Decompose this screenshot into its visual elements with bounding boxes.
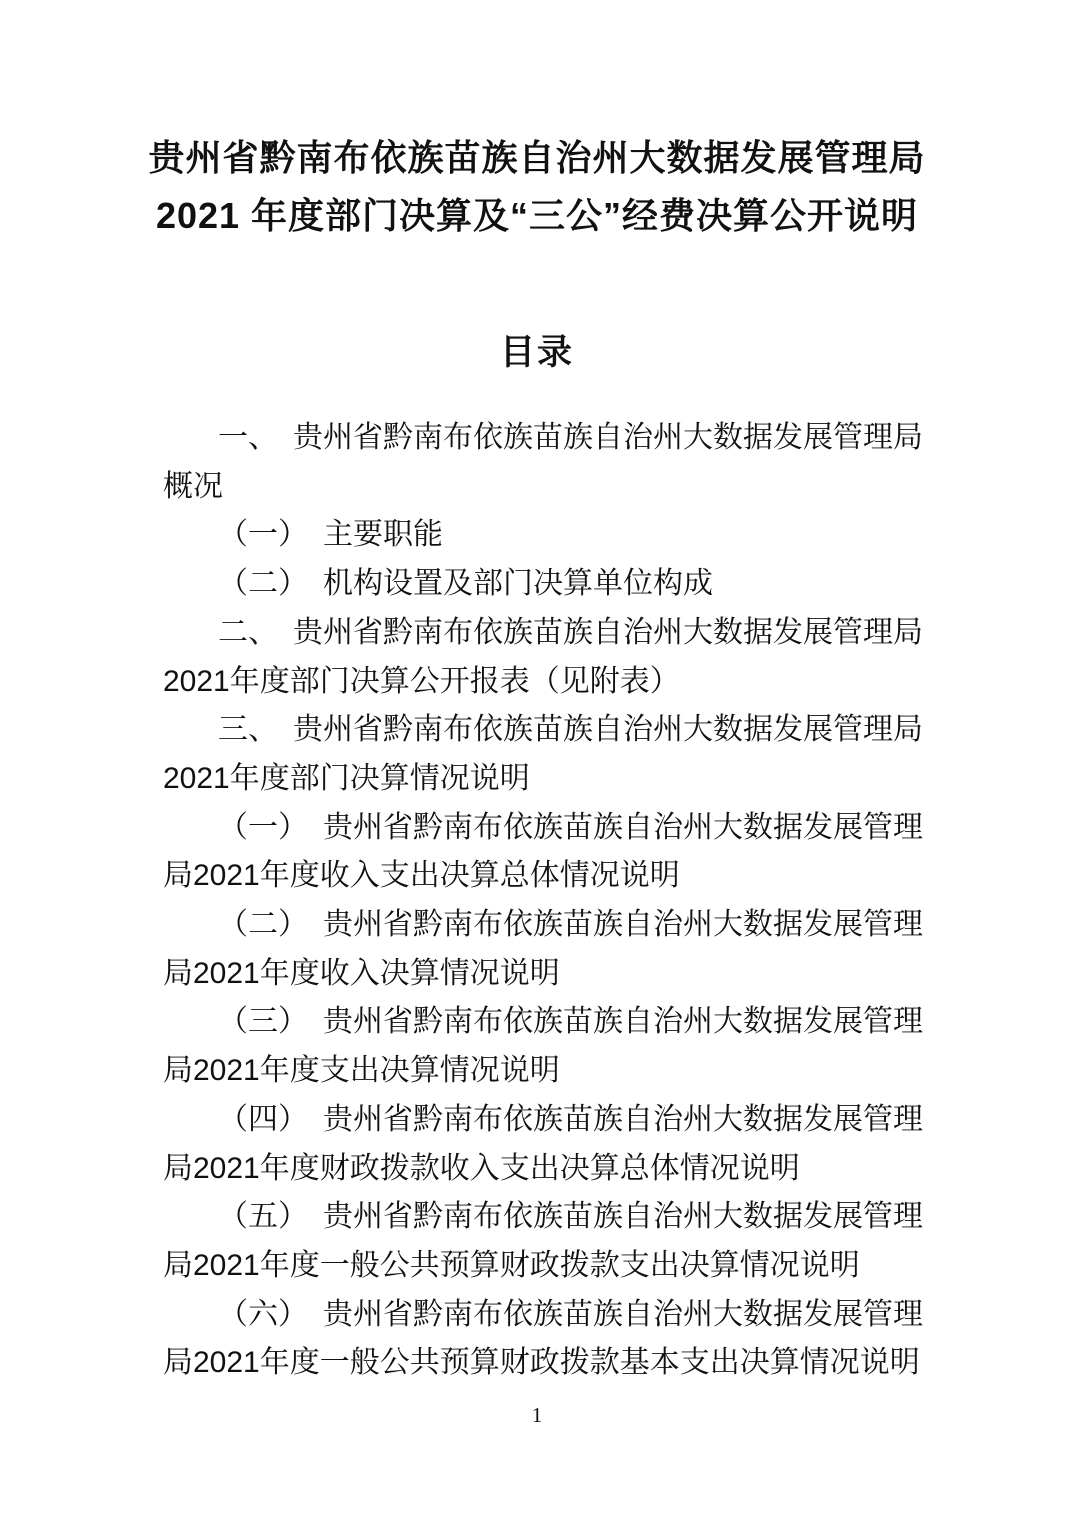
toc-line: （一） 主要职能 xyxy=(163,511,925,560)
toc-line: （三） 贵州省黔南布依族苗族自治州大数据发展管理 xyxy=(163,998,925,1047)
toc-line: （五） 贵州省黔南布依族苗族自治州大数据发展管理 xyxy=(163,1193,925,1242)
toc-line: 二、 贵州省黔南布依族苗族自治州大数据发展管理局 xyxy=(163,609,925,658)
toc-line: （一） 贵州省黔南布依族苗族自治州大数据发展管理 xyxy=(163,804,925,853)
document-title-line-1: 贵州省黔南布依族苗族自治州大数据发展管理局 xyxy=(60,129,1014,187)
document-title: 贵州省黔南布依族苗族自治州大数据发展管理局 2021 年度部门决算及“三公”经费… xyxy=(60,129,1014,245)
toc-line: （六） 贵州省黔南布依族苗族自治州大数据发展管理 xyxy=(163,1291,925,1340)
toc-line: 局2021年度一般公共预算财政拨款基本支出决算情况说明 xyxy=(163,1339,925,1388)
toc-line: （二） 机构设置及部门决算单位构成 xyxy=(163,560,925,609)
toc-line: 2021年度部门决算情况说明 xyxy=(163,755,925,804)
toc-line: 局2021年度财政拨款收入支出决算总体情况说明 xyxy=(163,1145,925,1194)
toc-line: （四） 贵州省黔南布依族苗族自治州大数据发展管理 xyxy=(163,1096,925,1145)
toc-heading: 目录 xyxy=(0,333,1074,373)
toc-line: 局2021年度收入决算情况说明 xyxy=(163,950,925,999)
document-page: 贵州省黔南布依族苗族自治州大数据发展管理局 2021 年度部门决算及“三公”经费… xyxy=(0,0,1074,1520)
toc-line: 概况 xyxy=(163,463,925,512)
toc-line: 局2021年度一般公共预算财政拨款支出决算情况说明 xyxy=(163,1242,925,1291)
page-number: 1 xyxy=(0,1402,1074,1428)
toc-line: 局2021年度支出决算情况说明 xyxy=(163,1047,925,1096)
toc-line: 2021年度部门决算公开报表（见附表） xyxy=(163,658,925,707)
toc-line: （二） 贵州省黔南布依族苗族自治州大数据发展管理 xyxy=(163,901,925,950)
toc-line: 局2021年度收入支出决算总体情况说明 xyxy=(163,852,925,901)
document-title-line-2: 2021 年度部门决算及“三公”经费决算公开说明 xyxy=(60,187,1014,245)
toc-list: 一、 贵州省黔南布依族苗族自治州大数据发展管理局概况（一） 主要职能（二） 机构… xyxy=(163,414,925,1388)
toc-line: 三、 贵州省黔南布依族苗族自治州大数据发展管理局 xyxy=(163,706,925,755)
toc-line: 一、 贵州省黔南布依族苗族自治州大数据发展管理局 xyxy=(163,414,925,463)
